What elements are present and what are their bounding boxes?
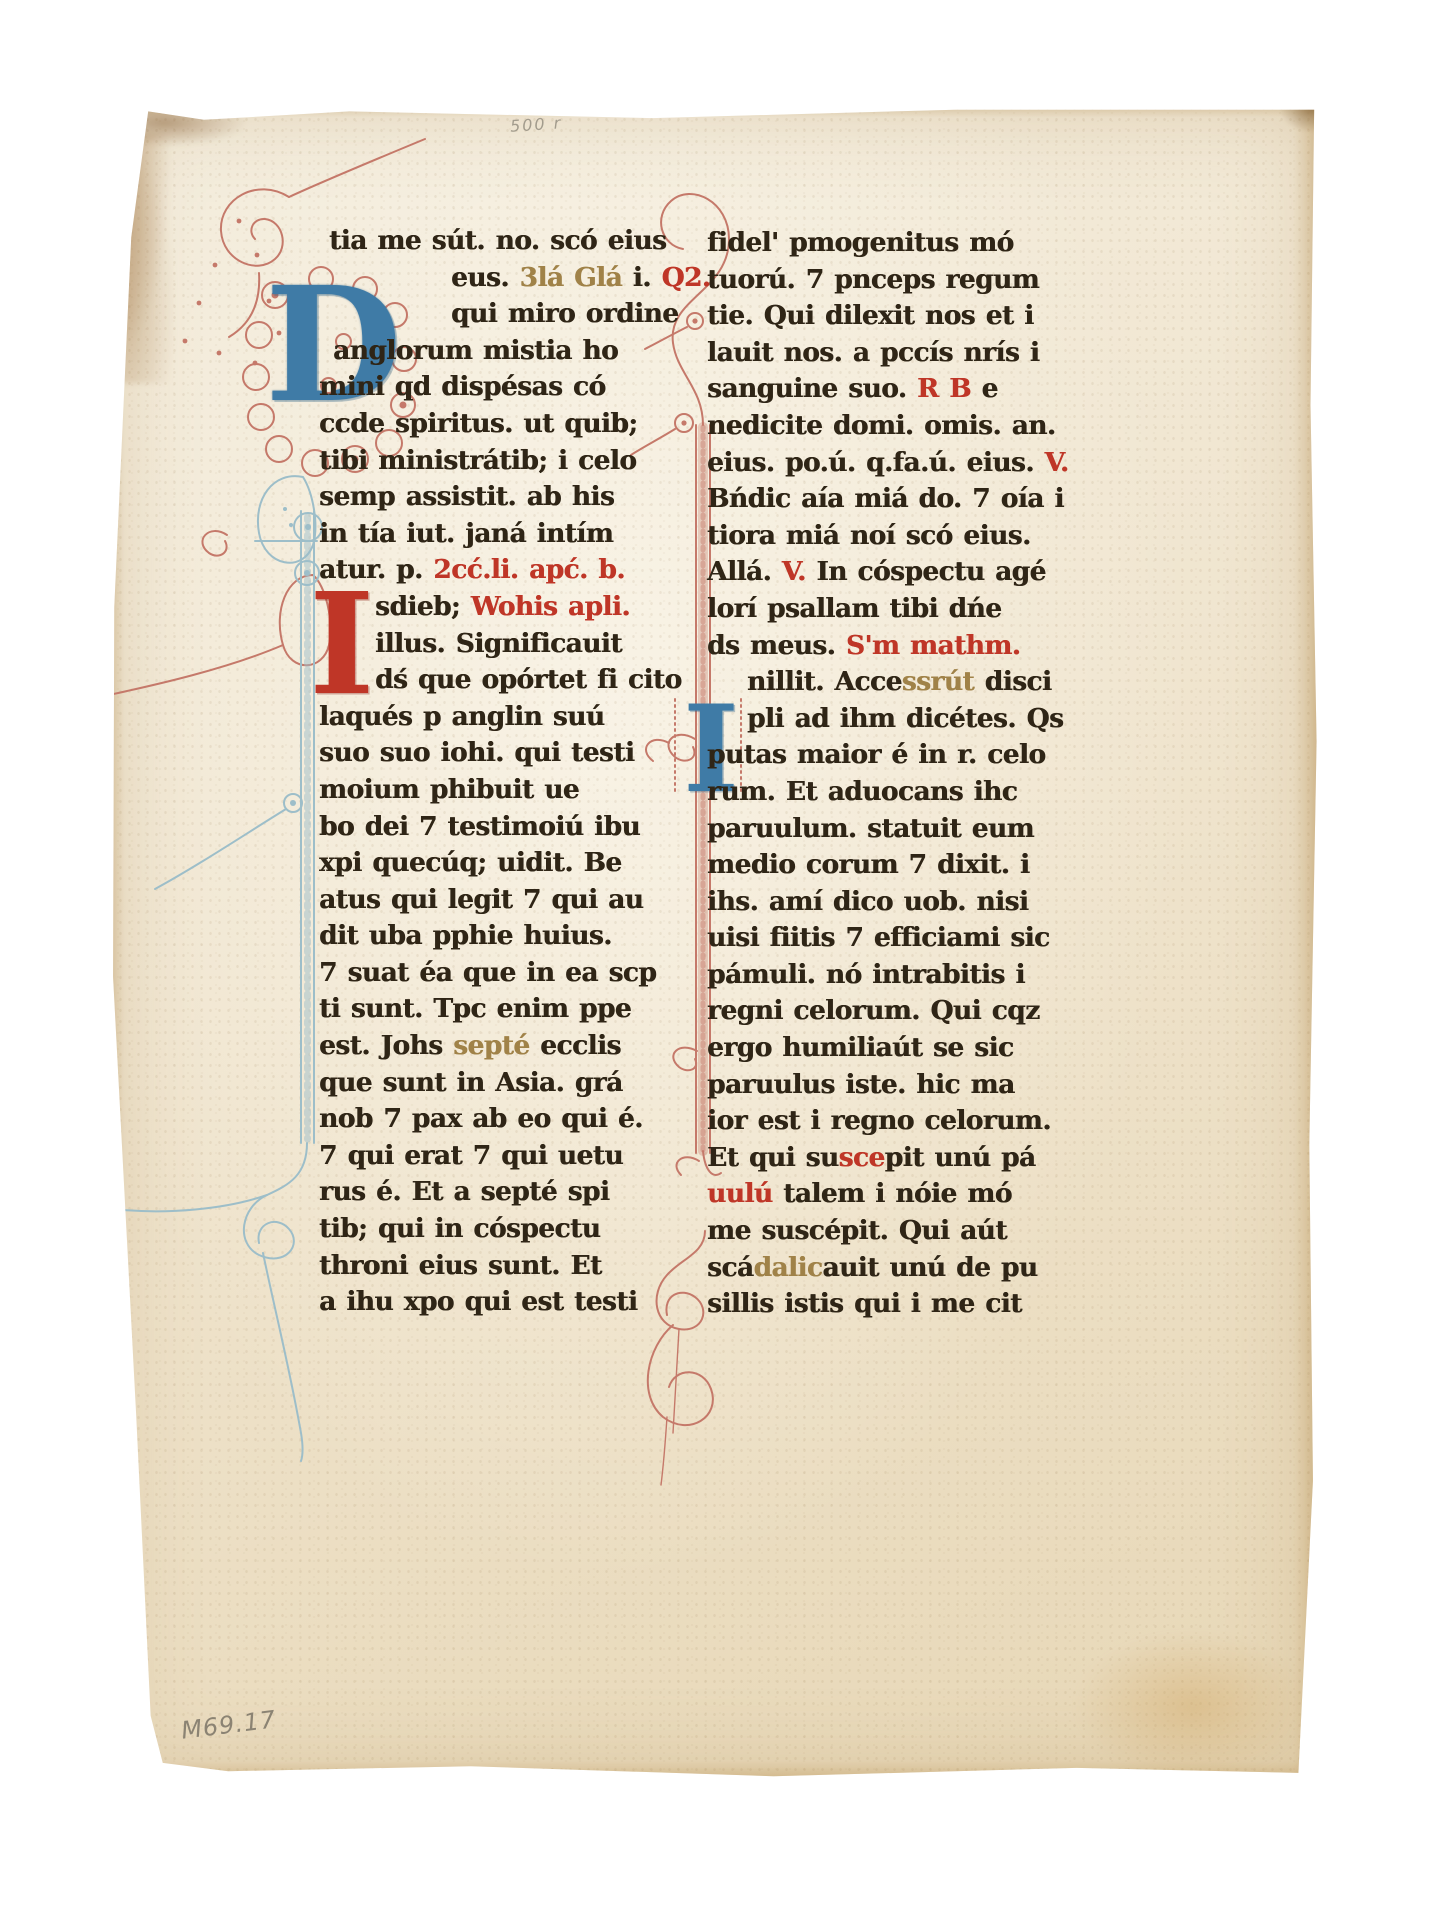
text-segment: V. — [1044, 447, 1068, 478]
text-line: eus. 3lá Glá i. Q2. — [319, 262, 679, 299]
text-line: suo suo iohi. qui testi — [319, 737, 679, 774]
folio-number-pencil: 500 r — [509, 113, 562, 136]
text-segment: ecclis — [530, 1030, 621, 1061]
text-segment: pit unú pá — [885, 1142, 1036, 1173]
text-line: anglorum mistia ho — [319, 335, 679, 372]
text-line: a ihu xpo qui est testi — [319, 1286, 679, 1323]
text-line: Et qui suscepit unú pá — [707, 1142, 1067, 1179]
text-segment: est. Johs — [319, 1030, 453, 1061]
text-segment: 3lá Glá — [520, 262, 623, 293]
text-segment: medio corum 7 dixit. i — [707, 849, 1029, 880]
text-line: nedicite domi. omis. an. — [707, 410, 1067, 447]
text-segment: lorí psallam tibi dńe — [707, 593, 1001, 624]
text-segment: eus. — [451, 262, 520, 293]
text-line: dś que opórtet fi cito — [319, 664, 679, 701]
text-segment: dit uba pphie huius. — [319, 920, 612, 951]
text-segment: pli ad ihm dicétes. Qs — [747, 703, 1063, 734]
text-segment: uisi fiitis 7 efficiami sic — [707, 922, 1050, 953]
text-segment: uulú — [707, 1178, 772, 1209]
text-segment: a ihu xpo qui est testi — [319, 1286, 637, 1317]
text-line: throni eius sunt. Et — [319, 1250, 679, 1287]
text-segment: nillit. Acce — [747, 666, 902, 697]
text-segment: me suscépit. Qui aút — [707, 1215, 1007, 1246]
text-column-left: tia me sút. no. scó eiuseus. 3lá Glá i. … — [319, 225, 679, 1323]
text-line: tib; qui in cóspectu — [319, 1213, 679, 1250]
text-line: Allá. V. In cóspectu agé — [707, 556, 1067, 593]
text-segment: i. — [622, 262, 661, 293]
text-segment: auit unú de pu — [822, 1252, 1037, 1283]
text-line: xpi quecúq; uidit. Be — [319, 847, 679, 884]
text-segment: e — [971, 373, 998, 404]
text-line: fidel' pmogenitus mó — [707, 227, 1067, 264]
text-segment: rum. Et aduocans ihc — [707, 776, 1017, 807]
text-line: uulú talem i nóie mó — [707, 1178, 1067, 1215]
text-segment: semp assistit. ab his — [319, 481, 614, 512]
text-line: eius. po.ú. q.fa.ú. eius. V. — [707, 447, 1067, 484]
text-segment: putas maior é in r. celo — [707, 739, 1045, 770]
text-line: lorí psallam tibi dńe — [707, 593, 1067, 630]
text-segment: V. — [782, 556, 817, 587]
text-line: tie. Qui dilexit nos et i — [707, 300, 1067, 337]
text-line: scádalicauit unú de pu — [707, 1252, 1067, 1289]
text-line: atus qui legit 7 qui au — [319, 884, 679, 921]
text-segment: tie. Qui dilexit nos et i — [707, 300, 1034, 331]
text-segment: tuorú. 7 pnceps regum — [707, 264, 1039, 295]
text-segment: mini qd dispésas có — [319, 371, 606, 402]
text-segment: ergo humiliaút se sic — [707, 1032, 1013, 1063]
text-segment: ccde spiritus. ut quib; — [319, 408, 637, 439]
text-segment: ds meus. — [707, 630, 846, 661]
text-segment: rus é. Et a septé spi — [319, 1176, 609, 1207]
text-line: 7 qui erat 7 qui uetu — [319, 1140, 679, 1177]
text-segment: lauit nos. a pccís nrís i — [707, 337, 1039, 368]
text-segment: tiora miá noí scó eius. — [707, 520, 1031, 551]
text-segment: ihs. amí dico uob. nisi — [707, 886, 1028, 917]
text-segment: ti sunt. Tpc enim ppe — [319, 993, 631, 1024]
text-segment: ssrút — [902, 666, 974, 697]
text-segment: talem i nóie mó — [772, 1178, 1011, 1209]
text-segment: paruulus iste. hic ma — [707, 1069, 1015, 1100]
text-segment: sanguine suo. — [707, 373, 917, 404]
text-line: laqués p anglin suú — [319, 701, 679, 738]
text-segment: Wohis apli. — [471, 591, 630, 622]
text-segment: qui miro ordine — [451, 298, 678, 329]
text-line: nillit. Accessrút disci — [707, 666, 1067, 703]
text-line: Bńdic aía miá do. 7 oía i — [707, 483, 1067, 520]
text-line: regni celorum. Qui cqz — [707, 995, 1067, 1032]
text-segment: tia me sút. no. scó eius — [329, 225, 666, 256]
photo-background: D I I tia me sút. no. scó eiuseus. 3lá G… — [0, 0, 1440, 1920]
text-line: ti sunt. Tpc enim ppe — [319, 993, 679, 1030]
text-line: ccde spiritus. ut quib; — [319, 408, 679, 445]
text-line: ds meus. S'm mathm. — [707, 630, 1067, 667]
left-margin-blue-chain — [113, 511, 322, 1461]
text-segment: bo dei 7 testimoiú ibu — [319, 811, 640, 842]
text-line: in tía iut. janá intím — [319, 518, 679, 555]
text-segment: Et qui su — [707, 1142, 839, 1173]
text-line: pli ad ihm dicétes. Qs — [707, 703, 1067, 740]
text-segment: xpi quecúq; uidit. Be — [319, 847, 622, 878]
text-line: paruulus iste. hic ma — [707, 1069, 1067, 1106]
text-segment: 7 qui erat 7 qui uetu — [319, 1140, 623, 1171]
text-line: tiora miá noí scó eius. — [707, 520, 1067, 557]
text-line: nob 7 pax ab eo qui é. — [319, 1103, 679, 1140]
text-segment: sdieb; — [375, 591, 471, 622]
text-segment: fidel' pmogenitus mó — [707, 227, 1014, 258]
text-line: qui miro ordine — [319, 298, 679, 335]
text-line: dit uba pphie huius. — [319, 920, 679, 957]
text-line: medio corum 7 dixit. i — [707, 849, 1067, 886]
text-line: rus é. Et a septé spi — [319, 1176, 679, 1213]
text-line: est. Johs septé ecclis — [319, 1030, 679, 1067]
text-segment: ior est i regno celorum. — [707, 1105, 1051, 1136]
text-line: uisi fiitis 7 efficiami sic — [707, 922, 1067, 959]
text-segment: tib; qui in cóspectu — [319, 1213, 600, 1244]
text-segment: nob 7 pax ab eo qui é. — [319, 1103, 643, 1134]
text-segment: nedicite domi. omis. an. — [707, 410, 1055, 441]
text-line: tia me sút. no. scó eius — [319, 225, 679, 262]
text-segment: Allá. — [707, 556, 782, 587]
text-line: atur. p. 2cć.li. apć. b. — [319, 554, 679, 591]
text-line: semp assistit. ab his — [319, 481, 679, 518]
text-segment: dalic — [753, 1252, 822, 1283]
text-segment: 7 suat éa que in ea scp — [319, 957, 656, 988]
text-segment: S'm mathm. — [846, 630, 1021, 661]
text-segment: regni celorum. Qui cqz — [707, 995, 1040, 1026]
text-line: sanguine suo. R B e — [707, 373, 1067, 410]
text-line: paruulum. statuit eum — [707, 813, 1067, 850]
text-line: que sunt in Asia. grá — [319, 1067, 679, 1104]
text-segment: atus qui legit 7 qui au — [319, 884, 643, 915]
text-line: me suscépit. Qui aút — [707, 1215, 1067, 1252]
text-line: illus. Significauit — [319, 628, 679, 665]
text-line: lauit nos. a pccís nrís i — [707, 337, 1067, 374]
text-line: pámuli. nó intrabitis i — [707, 959, 1067, 996]
text-line: 7 suat éa que in ea scp — [319, 957, 679, 994]
text-line: sdieb; Wohis apli. — [319, 591, 679, 628]
text-line: tuorú. 7 pnceps regum — [707, 264, 1067, 301]
text-line: ior est i regno celorum. — [707, 1105, 1067, 1142]
text-segment: 2cć.li. apć. b. — [433, 554, 625, 585]
text-line: ergo humiliaút se sic — [707, 1032, 1067, 1069]
text-segment: moium phibuit ue — [319, 774, 579, 805]
text-segment: que sunt in Asia. grá — [319, 1067, 623, 1098]
text-segment: in tía iut. janá intím — [319, 518, 613, 549]
text-segment: tibi ministrátib; i celo — [319, 445, 636, 476]
text-segment: anglorum mistia ho — [333, 335, 618, 366]
text-line: sillis istis qui i me cit — [707, 1288, 1067, 1325]
text-column-right: fidel' pmogenitus mótuorú. 7 pnceps regu… — [707, 227, 1067, 1325]
manuscript-leaf: D I I tia me sút. no. scó eiuseus. 3lá G… — [107, 103, 1319, 1783]
text-segment: atur. p. — [319, 554, 433, 585]
text-line: putas maior é in r. celo — [707, 739, 1067, 776]
text-segment: In cóspectu agé — [816, 556, 1045, 587]
text-segment: throni eius sunt. Et — [319, 1250, 602, 1281]
text-segment: eius. po.ú. q.fa.ú. eius. — [707, 447, 1044, 478]
text-segment: Bńdic aía miá do. 7 oía i — [707, 483, 1064, 514]
text-segment: R B — [917, 373, 971, 404]
text-segment: scá — [707, 1252, 753, 1283]
text-segment: suo suo iohi. qui testi — [319, 737, 634, 768]
text-segment: disci — [974, 666, 1051, 697]
text-line: tibi ministrátib; i celo — [319, 445, 679, 482]
text-segment: dś que opórtet fi cito — [375, 664, 682, 695]
text-segment: pámuli. nó intrabitis i — [707, 959, 1025, 990]
text-segment: Q2. — [661, 262, 710, 293]
text-segment: sce — [839, 1142, 885, 1173]
text-segment: paruulum. statuit eum — [707, 813, 1034, 844]
text-segment: septé — [453, 1030, 529, 1061]
text-segment: illus. Significauit — [375, 628, 622, 659]
text-line: mini qd dispésas có — [319, 371, 679, 408]
text-line: bo dei 7 testimoiú ibu — [319, 811, 679, 848]
text-line: moium phibuit ue — [319, 774, 679, 811]
text-segment: sillis istis qui i me cit — [707, 1288, 1022, 1319]
text-segment: laqués p anglin suú — [319, 701, 604, 732]
text-line: rum. Et aduocans ihc — [707, 776, 1067, 813]
text-line: ihs. amí dico uob. nisi — [707, 886, 1067, 923]
